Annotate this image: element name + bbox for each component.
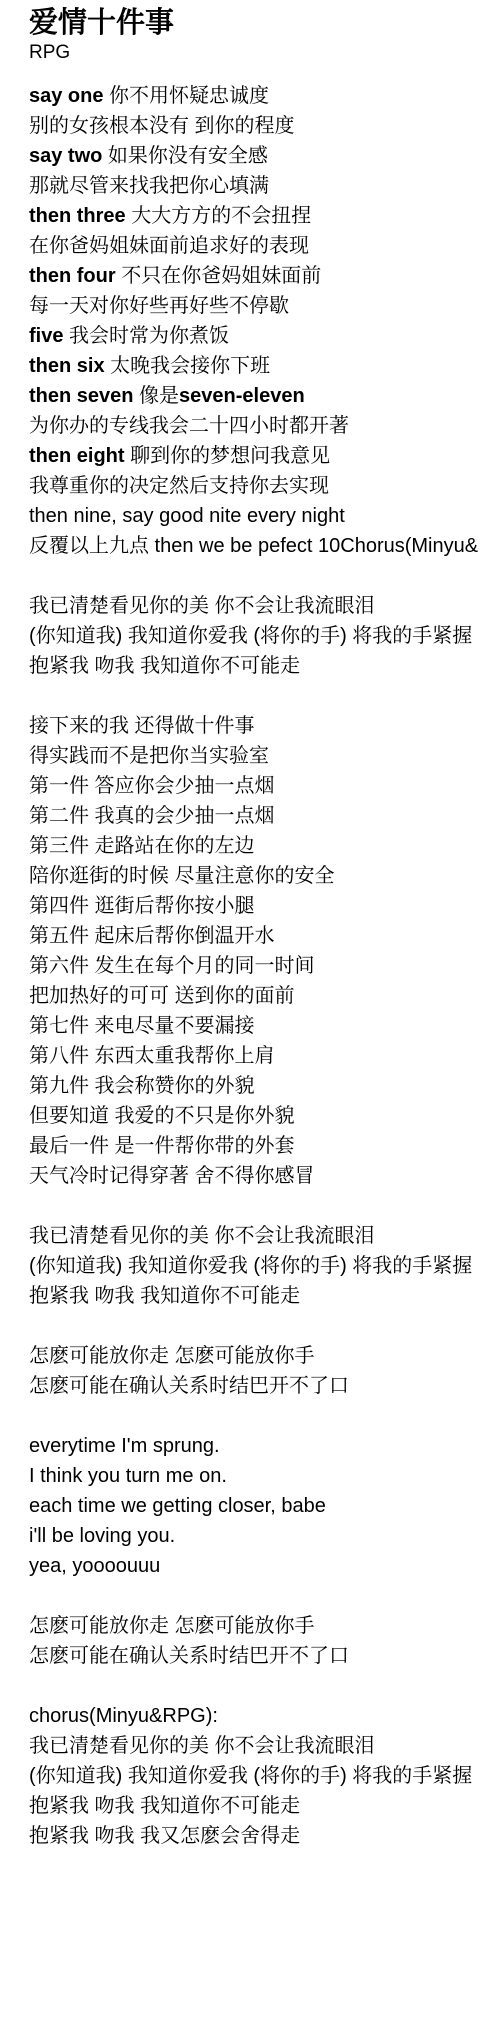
lyric-line: 抱紧我 吻我 我又怎麽会舍得走 [29, 1821, 500, 1851]
artist-name: RPG [29, 41, 500, 65]
lyric-line: i'll be loving you. [29, 1521, 500, 1551]
lyric-segment: chorus(Minyu&RPG): [29, 1705, 218, 1727]
stanza: 我已清楚看见你的美 你不会让我流眼泪(你知道我) 我知道你爱我 (将你的手) 将… [29, 1221, 500, 1311]
lyric-segment: 抱紧我 吻我 我知道你不可能走 [29, 1795, 300, 1817]
lyric-segment: 那就尽管来找我把你心填满 [29, 175, 269, 197]
lyric-line: 别的女孩根本没有 到你的程度 [29, 111, 500, 141]
lyric-segment: 得实践而不是把你当实验室 [29, 745, 269, 767]
lyric-segment: 陪你逛街的时候 尽量注意你的安全 [29, 865, 335, 887]
lyric-segment: 不只在你爸妈姐妹面前 [116, 265, 322, 287]
lyric-segment: I think you turn me on. [29, 1465, 227, 1487]
lyric-segment: 天气冷时记得穿著 舍不得你感冒 [29, 1165, 315, 1187]
lyric-segment: i'll be loving you. [29, 1525, 175, 1547]
lyric-segment: 抱紧我 吻我 我又怎麽会舍得走 [29, 1825, 300, 1847]
song-title: 爱情十件事 [29, 5, 500, 41]
lyric-segment: 反覆以上九点 then we be pefect 10Chorus(Minyu& [29, 535, 478, 557]
lyric-segment: 在你爸妈姐妹面前追求好的表现 [29, 235, 309, 257]
lyric-segment: then nine, say good nite every night [29, 505, 345, 527]
lyric-segment: 但要知道 我爱的不只是你外貌 [29, 1105, 295, 1127]
lyric-segment: 我会时常为你煮饭 [63, 325, 229, 347]
lyric-segment: 第六件 发生在每个月的同一时间 [29, 955, 315, 977]
lyric-segment: (你知道我) 我知道你爱我 (将你的手) 将我的手紧握 [29, 1255, 472, 1277]
lyric-line: 第八件 东西太重我帮你上肩 [29, 1041, 500, 1071]
lyric-line: 但要知道 我爱的不只是你外貌 [29, 1101, 500, 1131]
lyric-segment: 第九件 我会称赞你的外貌 [29, 1075, 255, 1097]
lyric-line: 接下来的我 还得做十件事 [29, 711, 500, 741]
lyric-line: (你知道我) 我知道你爱我 (将你的手) 将我的手紧握 [29, 1761, 500, 1791]
lyric-line: say two 如果你没有安全感 [29, 141, 500, 171]
lyric-segment: 太晚我会接你下班 [105, 355, 271, 377]
lyric-segment: each time we getting closer, babe [29, 1495, 326, 1517]
lyric-line: yea, yoooouuu [29, 1551, 500, 1581]
lyric-segment: 第二件 我真的会少抽一点烟 [29, 805, 275, 827]
lyric-segment: everytime I'm sprung. [29, 1435, 220, 1457]
lyric-segment: 每一天对你好些再好些不停歇 [29, 295, 289, 317]
lyric-line: 陪你逛街的时候 尽量注意你的安全 [29, 861, 500, 891]
lyric-segment: 怎麽可能放你走 怎麽可能放你手 [29, 1345, 315, 1367]
lyric-segment: 我已清楚看见你的美 你不会让我流眼泪 [29, 1735, 375, 1757]
lyric-line: 怎麽可能在确认关系时结巴开不了口 [29, 1641, 500, 1671]
lyric-line: 第五件 起床后帮你倒温开水 [29, 921, 500, 951]
lyric-line: 我已清楚看见你的美 你不会让我流眼泪 [29, 1731, 500, 1761]
lyric-segment: (你知道我) 我知道你爱我 (将你的手) 将我的手紧握 [29, 625, 472, 647]
lyric-segment: 接下来的我 还得做十件事 [29, 715, 255, 737]
lyric-segment: then seven [29, 385, 133, 407]
lyric-segment: 第四件 逛街后帮你按小腿 [29, 895, 255, 917]
lyric-segment: 第七件 来电尽量不要漏接 [29, 1015, 255, 1037]
lyric-line: 得实践而不是把你当实验室 [29, 741, 500, 771]
lyric-line: say one 你不用怀疑忠诚度 [29, 81, 500, 111]
lyric-line: then eight 聊到你的梦想问我意见 [29, 441, 500, 471]
lyric-segment: seven-eleven [179, 385, 305, 407]
lyric-line: five 我会时常为你煮饭 [29, 321, 500, 351]
lyric-segment: 别的女孩根本没有 到你的程度 [29, 115, 295, 137]
lyric-segment: then eight [29, 445, 125, 467]
lyric-segment: then six [29, 355, 105, 377]
stanza: chorus(Minyu&RPG):我已清楚看见你的美 你不会让我流眼泪(你知道… [29, 1701, 500, 1851]
lyric-segment: 你不用怀疑忠诚度 [103, 85, 269, 107]
lyric-line: 我尊重你的决定然后支持你去实现 [29, 471, 500, 501]
lyric-line: 第九件 我会称赞你的外貌 [29, 1071, 500, 1101]
lyric-line: 我已清楚看见你的美 你不会让我流眼泪 [29, 1221, 500, 1251]
lyric-line: 在你爸妈姐妹面前追求好的表现 [29, 231, 500, 261]
lyric-segment: 为你办的专线我会二十四小时都开著 [29, 415, 349, 437]
lyric-line: 为你办的专线我会二十四小时都开著 [29, 411, 500, 441]
stanza: say one 你不用怀疑忠诚度别的女孩根本没有 到你的程度say two 如果… [29, 81, 500, 561]
lyric-segment: 如果你没有安全感 [102, 145, 268, 167]
lyric-line: I think you turn me on. [29, 1461, 500, 1491]
stanza: 接下来的我 还得做十件事得实践而不是把你当实验室第一件 答应你会少抽一点烟第二件… [29, 711, 500, 1191]
lyric-segment: then three [29, 205, 126, 227]
stanza: everytime I'm sprung.I think you turn me… [29, 1431, 500, 1581]
lyric-segment: 最后一件 是一件帮你带的外套 [29, 1135, 295, 1157]
lyric-segment: 我尊重你的决定然后支持你去实现 [29, 475, 329, 497]
lyric-line: then seven 像是seven-eleven [29, 381, 500, 411]
lyric-line: 怎麽可能在确认关系时结巴开不了口 [29, 1371, 500, 1401]
lyric-segment: (你知道我) 我知道你爱我 (将你的手) 将我的手紧握 [29, 1765, 472, 1787]
lyric-line: then nine, say good nite every night [29, 501, 500, 531]
lyric-line: 怎麽可能放你走 怎麽可能放你手 [29, 1611, 500, 1641]
lyric-segment: 怎麽可能放你走 怎麽可能放你手 [29, 1615, 315, 1637]
lyric-line: chorus(Minyu&RPG): [29, 1701, 500, 1731]
lyric-segment: say two [29, 145, 102, 167]
lyric-segment: 怎麽可能在确认关系时结巴开不了口 [29, 1375, 349, 1397]
lyric-line: then six 太晚我会接你下班 [29, 351, 500, 381]
lyric-line: 第三件 走路站在你的左边 [29, 831, 500, 861]
lyric-segment: then four [29, 265, 116, 287]
lyric-segment: 我已清楚看见你的美 你不会让我流眼泪 [29, 1225, 375, 1247]
lyrics-page: 爱情十件事 RPG say one 你不用怀疑忠诚度别的女孩根本没有 到你的程度… [0, 0, 500, 1851]
lyric-line: then four 不只在你爸妈姐妹面前 [29, 261, 500, 291]
lyric-line: 反覆以上九点 then we be pefect 10Chorus(Minyu& [29, 531, 500, 561]
lyric-line: 天气冷时记得穿著 舍不得你感冒 [29, 1161, 500, 1191]
lyric-line: each time we getting closer, babe [29, 1491, 500, 1521]
lyric-line: 抱紧我 吻我 我知道你不可能走 [29, 651, 500, 681]
lyric-line: 第七件 来电尽量不要漏接 [29, 1011, 500, 1041]
lyric-segment: 怎麽可能在确认关系时结巴开不了口 [29, 1645, 349, 1667]
lyric-segment: 我已清楚看见你的美 你不会让我流眼泪 [29, 595, 375, 617]
lyrics-body: say one 你不用怀疑忠诚度别的女孩根本没有 到你的程度say two 如果… [29, 81, 500, 1851]
lyric-line: 怎麽可能放你走 怎麽可能放你手 [29, 1341, 500, 1371]
lyric-segment: 聊到你的梦想问我意见 [125, 445, 331, 467]
lyric-line: 那就尽管来找我把你心填满 [29, 171, 500, 201]
stanza: 怎麽可能放你走 怎麽可能放你手怎麽可能在确认关系时结巴开不了口 [29, 1611, 500, 1671]
lyric-line: 第六件 发生在每个月的同一时间 [29, 951, 500, 981]
lyric-line: everytime I'm sprung. [29, 1431, 500, 1461]
lyric-segment: 抱紧我 吻我 我知道你不可能走 [29, 1285, 300, 1307]
lyric-line: 抱紧我 吻我 我知道你不可能走 [29, 1281, 500, 1311]
lyric-line: 第二件 我真的会少抽一点烟 [29, 801, 500, 831]
lyric-line: (你知道我) 我知道你爱我 (将你的手) 将我的手紧握 [29, 1251, 500, 1281]
lyric-segment: say one [29, 85, 103, 107]
lyric-line: (你知道我) 我知道你爱我 (将你的手) 将我的手紧握 [29, 621, 500, 651]
lyric-segment: 第八件 东西太重我帮你上肩 [29, 1045, 275, 1067]
lyric-line: 抱紧我 吻我 我知道你不可能走 [29, 1791, 500, 1821]
stanza: 我已清楚看见你的美 你不会让我流眼泪(你知道我) 我知道你爱我 (将你的手) 将… [29, 591, 500, 681]
lyric-segment: five [29, 325, 63, 347]
lyric-segment: yea, yoooouuu [29, 1555, 160, 1577]
lyric-line: 第四件 逛街后帮你按小腿 [29, 891, 500, 921]
lyric-segment: 像是 [133, 385, 179, 407]
lyric-line: 我已清楚看见你的美 你不会让我流眼泪 [29, 591, 500, 621]
stanza: 怎麽可能放你走 怎麽可能放你手怎麽可能在确认关系时结巴开不了口 [29, 1341, 500, 1401]
lyric-line: then three 大大方方的不会扭捏 [29, 201, 500, 231]
lyric-segment: 第五件 起床后帮你倒温开水 [29, 925, 275, 947]
lyric-line: 第一件 答应你会少抽一点烟 [29, 771, 500, 801]
lyric-segment: 抱紧我 吻我 我知道你不可能走 [29, 655, 300, 677]
lyric-line: 每一天对你好些再好些不停歇 [29, 291, 500, 321]
lyric-segment: 把加热好的可可 送到你的面前 [29, 985, 295, 1007]
lyric-segment: 第一件 答应你会少抽一点烟 [29, 775, 275, 797]
lyric-segment: 大大方方的不会扭捏 [126, 205, 312, 227]
lyric-line: 最后一件 是一件帮你带的外套 [29, 1131, 500, 1161]
lyric-line: 把加热好的可可 送到你的面前 [29, 981, 500, 1011]
lyric-segment: 第三件 走路站在你的左边 [29, 835, 255, 857]
